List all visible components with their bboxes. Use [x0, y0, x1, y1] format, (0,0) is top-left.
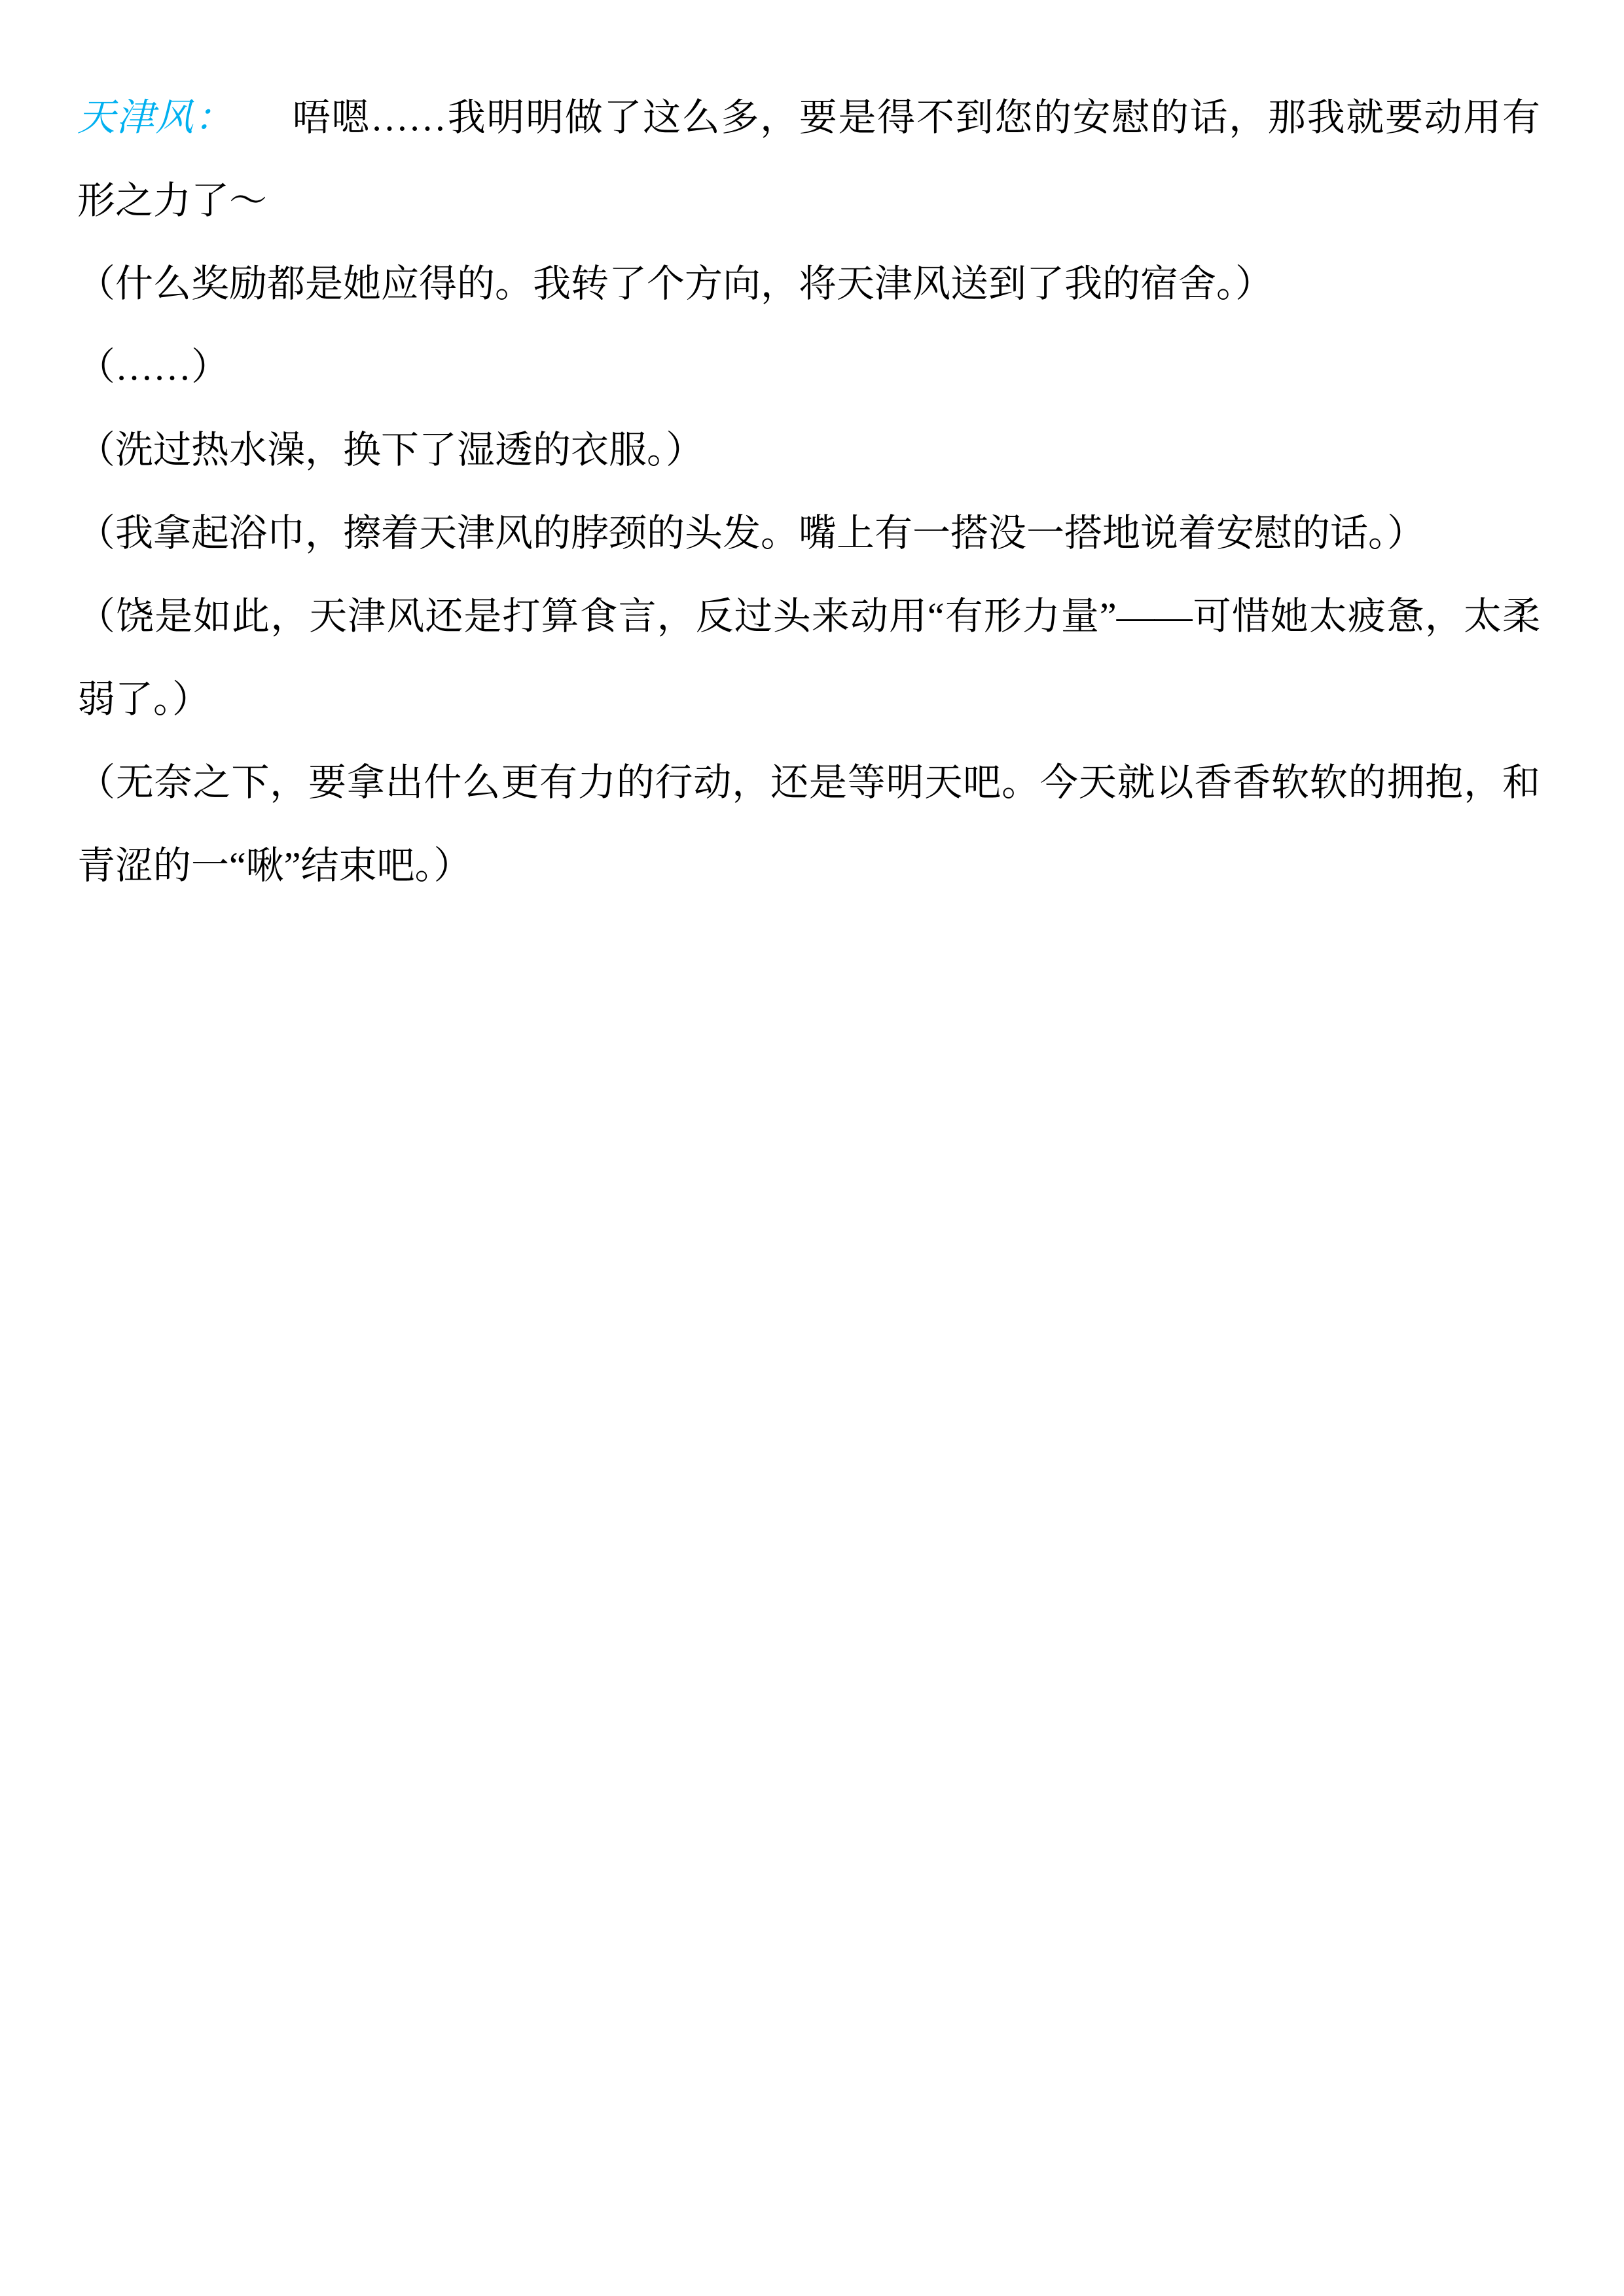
paragraph-narration-2: （……） — [77, 325, 1540, 408]
paragraph-dialogue: 天津风：唔嗯……我明明做了这么多，要是得不到您的安慰的话，那我就要动用有形之力了… — [77, 76, 1540, 242]
paragraph-narration-6: （无奈之下，要拿出什么更有力的行动，还是等明天吧。今天就以香香软软的拥抱，和青涩… — [77, 741, 1540, 907]
document-page: 天津风：唔嗯……我明明做了这么多，要是得不到您的安慰的话，那我就要动用有形之力了… — [0, 0, 1624, 2296]
paragraph-narration-1: （什么奖励都是她应得的。我转了个方向，将天津风送到了我的宿舍。） — [77, 242, 1540, 325]
speaker-label: 天津风： — [77, 96, 234, 139]
paragraph-narration-5: （饶是如此，天津风还是打算食言，反过头来动用“有形力量”——可惜她太疲惫，太柔弱… — [77, 575, 1540, 741]
dialogue-text: 唔嗯……我明明做了这么多，要是得不到您的安慰的话，那我就要动用有形之力了～ — [77, 96, 1540, 222]
paragraph-narration-3: （洗过热水澡，换下了湿透的衣服。） — [77, 408, 1540, 492]
paragraph-narration-4: （我拿起浴巾，擦着天津风的脖颈的头发。嘴上有一搭没一搭地说着安慰的话。） — [77, 492, 1540, 575]
text-block: 天津风：唔嗯……我明明做了这么多，要是得不到您的安慰的话，那我就要动用有形之力了… — [77, 76, 1540, 907]
